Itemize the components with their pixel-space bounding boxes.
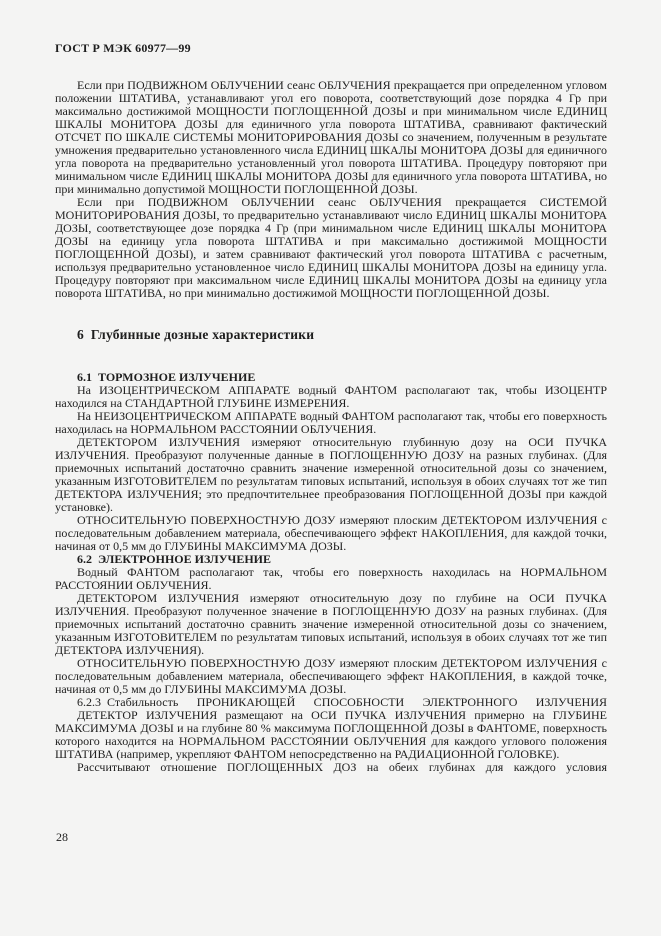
paragraph: На НЕИЗОЦЕНТРИЧЕСКОМ АППАРАТЕ водный ФАН…	[55, 410, 607, 436]
paragraph: ОТНОСИТЕЛЬНУЮ ПОВЕРХНОСТНУЮ ДОЗУ измеряю…	[55, 514, 607, 553]
paragraph-continued: Рассчитывают отношение ПОГЛОЩЕННЫХ ДОЗ н…	[55, 761, 607, 774]
document-page: ГОСТ Р МЭК 60977—99 Если при ПОДВИЖНОМ О…	[0, 0, 661, 936]
section-heading: 6 Глубинные дозные характеристики	[55, 327, 607, 343]
paragraph: ДЕТЕКТОРОМ ИЗЛУЧЕНИЯ измеряют относитель…	[55, 592, 607, 657]
page-number: 28	[56, 831, 68, 844]
paragraph: ДЕТЕКТОРОМ ИЗЛУЧЕНИЯ измеряют относитель…	[55, 436, 607, 514]
paragraph: Если при ПОДВИЖНОМ ОБЛУЧЕНИИ сеанс ОБЛУЧ…	[55, 79, 607, 196]
document-body: Если при ПОДВИЖНОМ ОБЛУЧЕНИИ сеанс ОБЛУЧ…	[55, 79, 607, 774]
paragraph: ДЕТЕКТОР ИЗЛУЧЕНИЯ размещают на ОСИ ПУЧК…	[55, 709, 607, 761]
paragraph: ОТНОСИТЕЛЬНУЮ ПОВЕРХНОСТНУЮ ДОЗУ измеряю…	[55, 657, 607, 696]
paragraph: Если при ПОДВИЖНОМ ОБЛУЧЕНИИ сеанс ОБЛУЧ…	[55, 196, 607, 300]
paragraph: На ИЗОЦЕНТРИЧЕСКОМ АППАРАТЕ водный ФАНТО…	[55, 384, 607, 410]
document-header-standard-number: ГОСТ Р МЭК 60977—99	[55, 42, 607, 55]
paragraph: Водный ФАНТОМ располагают так, чтобы его…	[55, 566, 607, 592]
